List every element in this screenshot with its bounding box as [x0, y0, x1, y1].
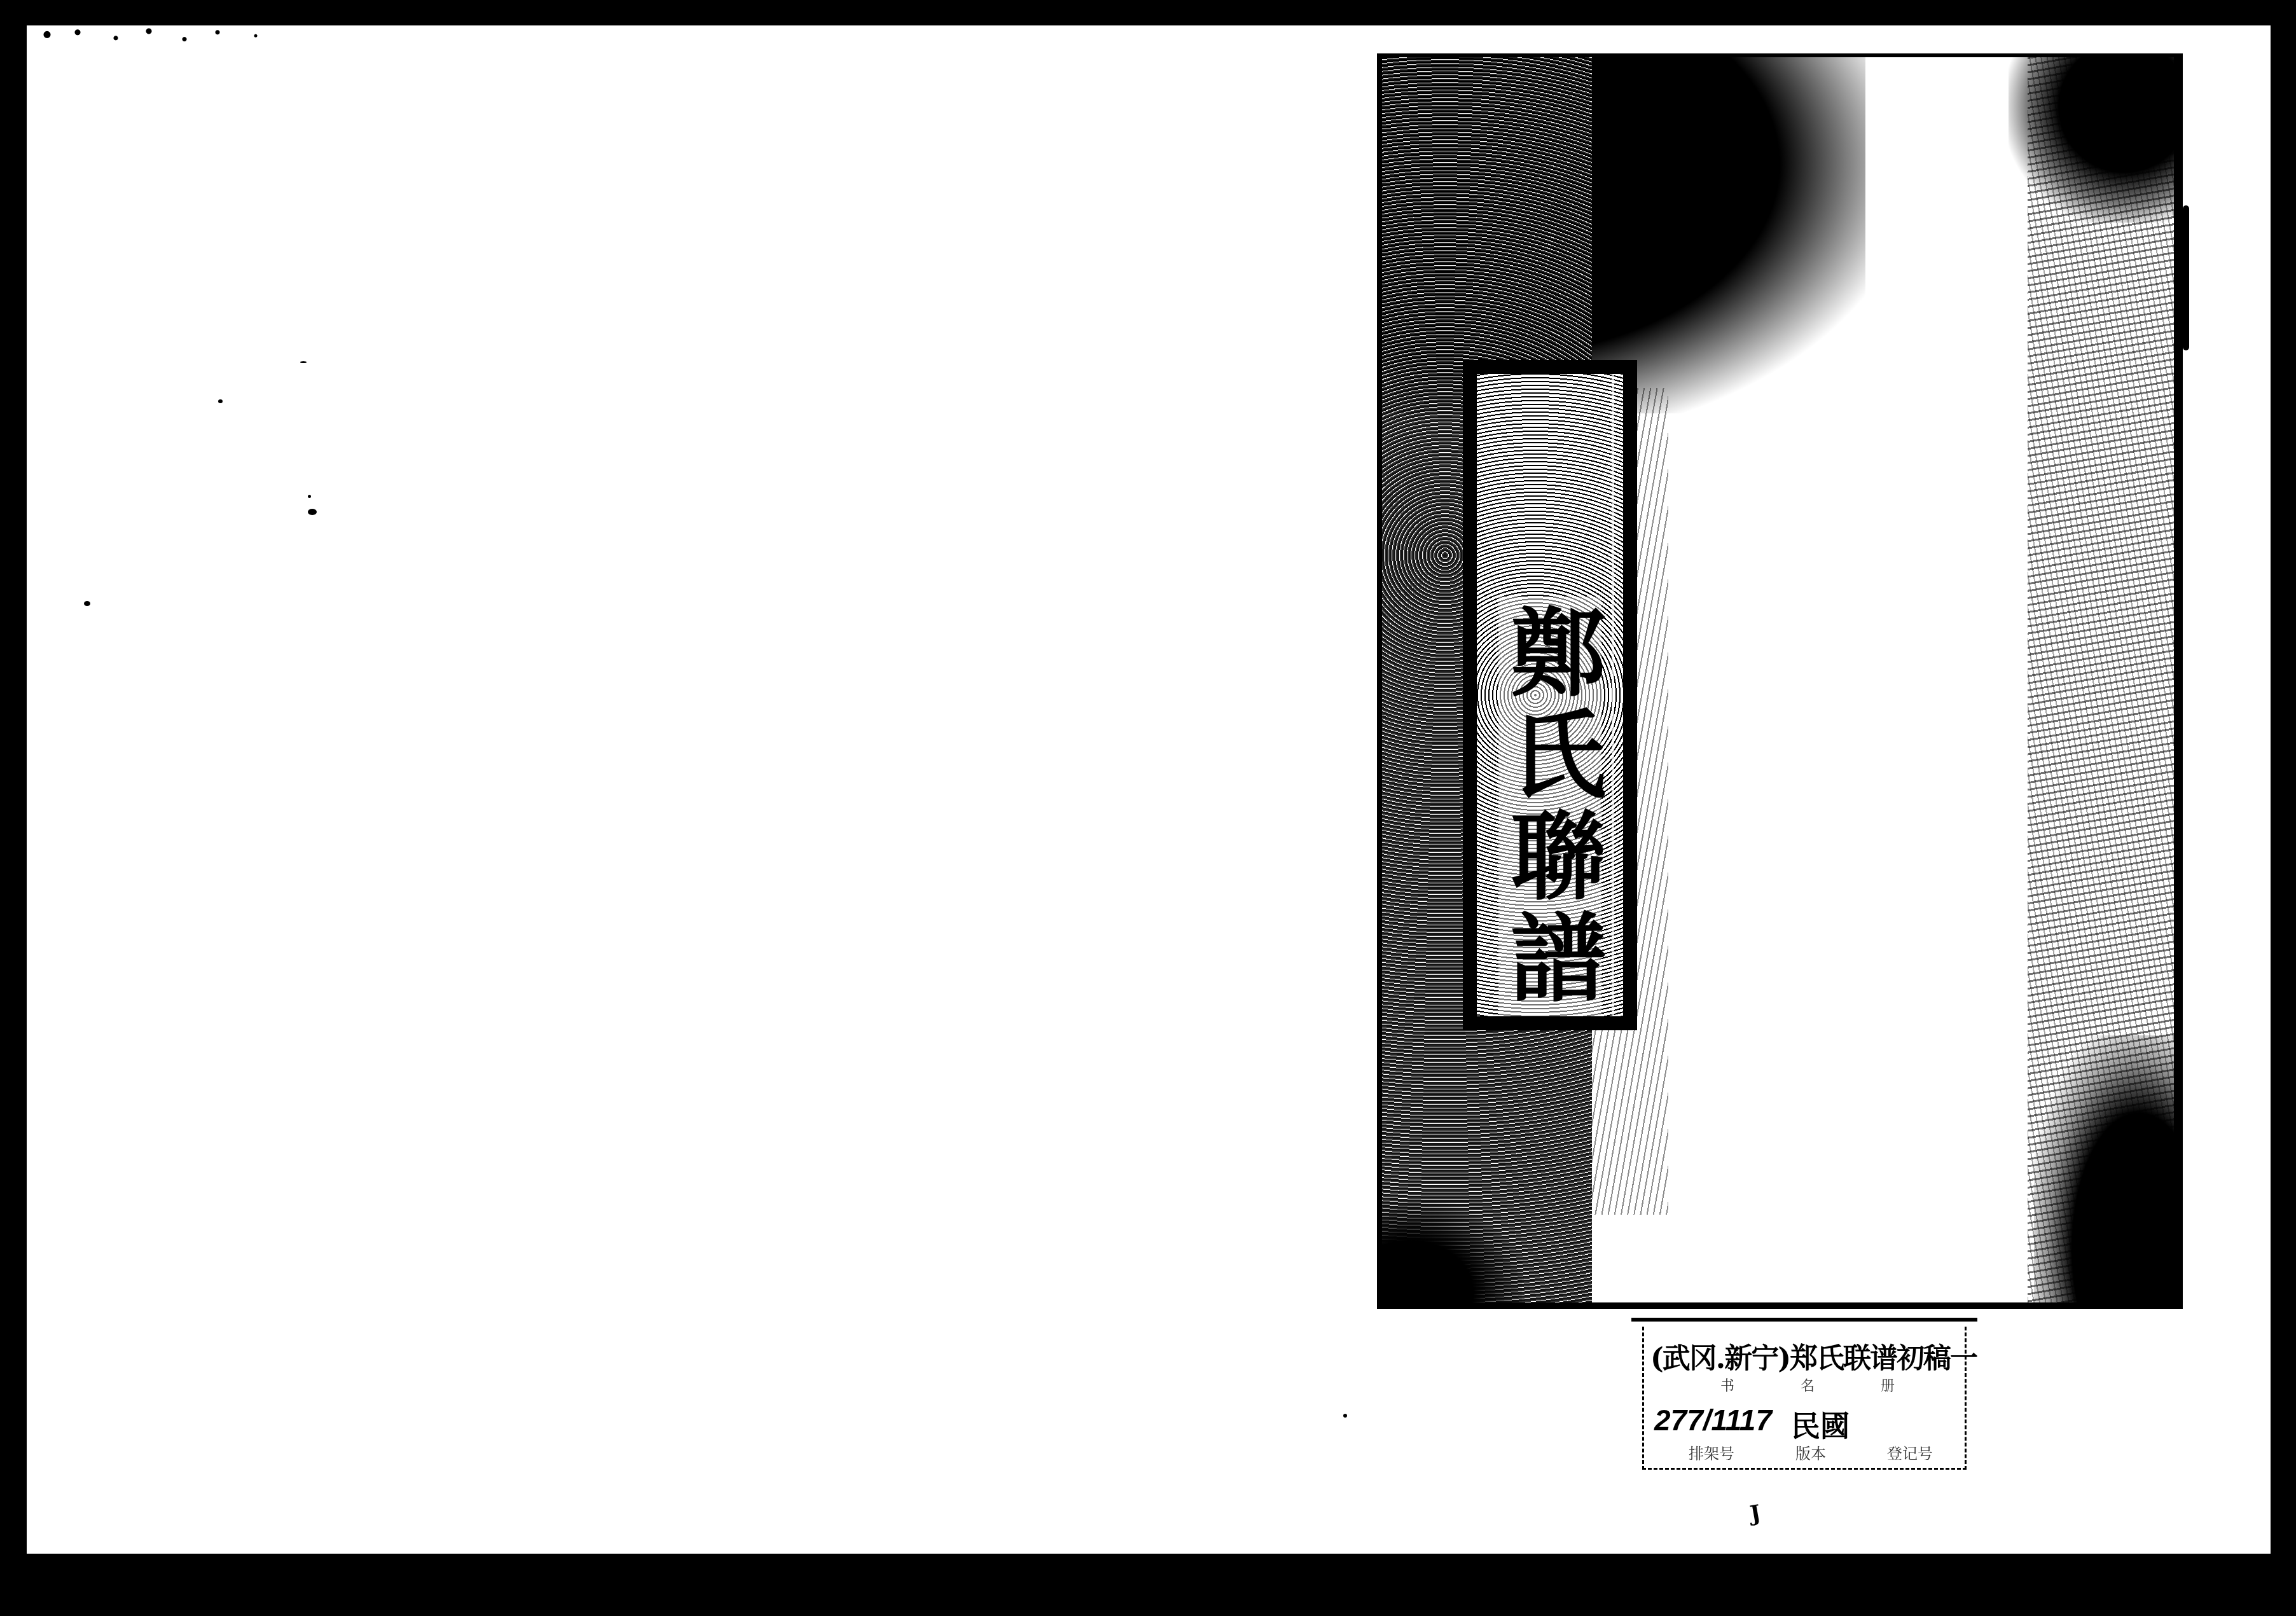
label-edition: 版本	[1795, 1441, 1826, 1463]
call-number: 277/1117	[1654, 1403, 1772, 1445]
card-volumes: 一	[1950, 1336, 1977, 1376]
catalog-card: (武冈.新宁)郑氏联谱初稿 一 书 名 册 277/1117 民國 排架号 版本…	[1642, 1327, 1967, 1470]
label-register-number: 登记号	[1887, 1441, 1933, 1463]
card-top-rule	[1631, 1318, 1977, 1322]
label-ce: 册	[1881, 1375, 1895, 1395]
dust-speck	[300, 361, 307, 363]
card-title-row: (武冈.新宁)郑氏联谱初稿 一	[1650, 1336, 1958, 1376]
label-ming: 名	[1801, 1375, 1815, 1395]
dust-speck	[308, 495, 311, 498]
book-cover: 鄭氏聯譜	[1377, 53, 2183, 1309]
label-shu: 书	[1720, 1375, 1734, 1395]
scan-edge-noise	[27, 25, 281, 48]
dust-speck	[84, 601, 90, 606]
label-shelf-number: 排架号	[1689, 1441, 1734, 1463]
card-callno-row: 277/1117 民國	[1650, 1403, 1958, 1445]
dust-speck	[308, 509, 317, 515]
cover-stain	[1382, 1201, 1522, 1302]
dust-speck	[218, 399, 223, 403]
title-slip: 鄭氏聯譜	[1463, 360, 1637, 1030]
dust-speck	[1343, 1414, 1347, 1418]
slip-inner-rule	[1612, 374, 1614, 1016]
cover-stain	[2034, 1035, 2174, 1302]
card-title: (武冈.新宁)郑氏联谱初稿	[1650, 1336, 1950, 1376]
card-label-row-2: 排架号 版本 登记号	[1650, 1441, 1958, 1463]
cover-title: 鄭氏聯譜	[1498, 597, 1601, 1016]
vertical-edge-mark	[2183, 205, 2189, 350]
card-label-row-1: 书 名 册	[1650, 1375, 1958, 1395]
edition: 民國	[1791, 1403, 1850, 1445]
